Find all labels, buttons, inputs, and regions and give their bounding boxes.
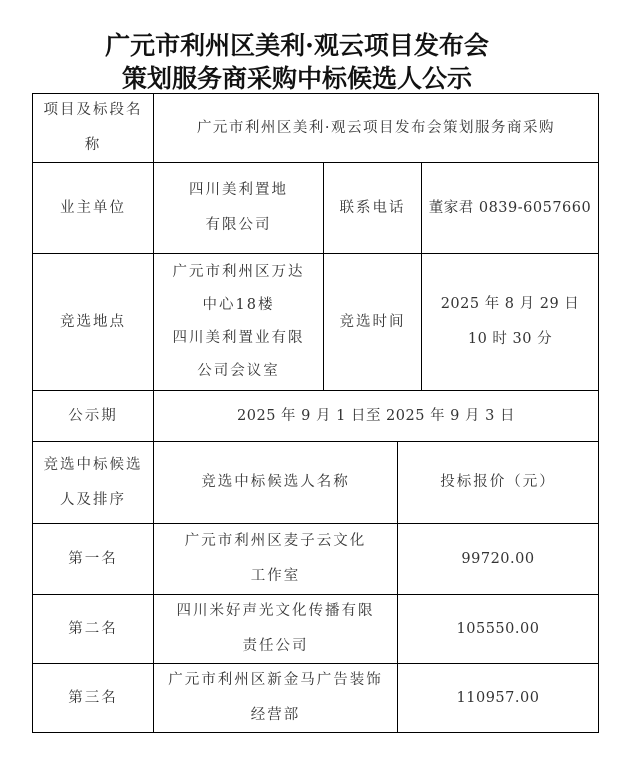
owner-label-cell: 业主单位 <box>33 163 153 253</box>
candidate-rank-cell: 第三名 <box>33 664 153 732</box>
candidate-name-line2: 经营部 <box>251 698 301 733</box>
candidate-name-line1: 广元市利州区新金马广告装饰 <box>168 663 383 698</box>
candidate-price: 105550.00 <box>457 612 540 647</box>
venue-value-cell: 广元市利州区万达 中心18楼 四川美利置业有限 公司会议室 <box>154 254 323 390</box>
contact-value: 董家君 0839-6057660 <box>429 191 592 226</box>
project-label-line1: 项目及标段名 <box>44 93 143 128</box>
time-value-line2: 10 时 30 分 <box>468 322 552 357</box>
price-header-cell: 投标报价（元） <box>398 442 598 523</box>
candidate-rank: 第一名 <box>68 542 118 577</box>
time-label-cell: 竞选时间 <box>324 254 421 390</box>
title-line-2: 策划服务商采购中标候选人公示 <box>0 59 612 95</box>
owner-label: 业主单位 <box>60 191 126 226</box>
price-header: 投标报价（元） <box>440 465 556 500</box>
contact-label: 联系电话 <box>340 191 406 226</box>
project-value: 广元市利州区美利·观云项目发布会策划服务商采购 <box>197 111 555 146</box>
venue-value-line: 公司会议室 <box>197 355 280 388</box>
time-label: 竞选时间 <box>340 305 406 340</box>
candidate-rank: 第三名 <box>68 681 118 716</box>
candidate-name-line1: 四川米好声光文化传播有限 <box>177 594 375 629</box>
candidate-rank: 第二名 <box>68 612 118 647</box>
table-border-right <box>598 93 599 733</box>
candidate-rank-cell: 第一名 <box>33 524 153 594</box>
owner-value-line2: 有限公司 <box>206 208 272 243</box>
venue-label-cell: 竞选地点 <box>33 254 153 390</box>
candidate-price-cell: 110957.00 <box>398 664 598 732</box>
candidate-price: 99720.00 <box>461 542 534 577</box>
publicity-label-cell: 公示期 <box>33 391 153 441</box>
project-value-cell: 广元市利州区美利·观云项目发布会策划服务商采购 <box>154 94 598 162</box>
venue-label: 竞选地点 <box>60 305 126 340</box>
rank-header-line2: 人及排序 <box>60 483 126 518</box>
project-label-cell: 项目及标段名 称 <box>33 94 153 162</box>
candidate-price: 110957.00 <box>457 681 540 716</box>
candidate-name-line1: 广元市利州区麦子云文化 <box>185 524 367 559</box>
candidate-name-cell: 广元市利州区麦子云文化 工作室 <box>154 524 397 594</box>
table-border-bottom <box>32 732 599 733</box>
publicity-value: 2025 年 9 月 1 日至 2025 年 9 月 3 日 <box>237 399 515 434</box>
name-header-cell: 竞选中标候选人名称 <box>154 442 397 523</box>
owner-value-line1: 四川美利置地 <box>189 173 288 208</box>
time-value-cell: 2025 年 8 月 29 日 10 时 30 分 <box>422 254 598 390</box>
owner-value-cell: 四川美利置地 有限公司 <box>154 163 323 253</box>
candidate-price-cell: 99720.00 <box>398 524 598 594</box>
publicity-value-cell: 2025 年 9 月 1 日至 2025 年 9 月 3 日 <box>154 391 598 441</box>
candidate-name-cell: 广元市利州区新金马广告装饰 经营部 <box>154 664 397 732</box>
candidate-rank-cell: 第二名 <box>33 595 153 663</box>
title-line-1: 广元市利州区美利·观云项目发布会 <box>0 26 612 62</box>
candidate-name-cell: 四川米好声光文化传播有限 责任公司 <box>154 595 397 663</box>
venue-value-line: 四川美利置业有限 <box>173 322 305 355</box>
candidate-name-line2: 责任公司 <box>243 629 309 664</box>
venue-value-line: 中心18楼 <box>203 289 275 322</box>
time-value-line1: 2025 年 8 月 29 日 <box>441 287 580 322</box>
venue-value-line: 广元市利州区万达 <box>173 256 305 289</box>
candidate-price-cell: 105550.00 <box>398 595 598 663</box>
rank-header-line1: 竞选中标候选 <box>44 448 143 483</box>
contact-label-cell: 联系电话 <box>324 163 421 253</box>
rank-header-cell: 竞选中标候选 人及排序 <box>33 442 153 523</box>
publicity-label: 公示期 <box>68 399 118 434</box>
candidate-name-line2: 工作室 <box>251 559 301 594</box>
name-header: 竞选中标候选人名称 <box>201 465 350 500</box>
contact-value-cell: 董家君 0839-6057660 <box>422 163 598 253</box>
project-label-line2: 称 <box>85 128 102 163</box>
